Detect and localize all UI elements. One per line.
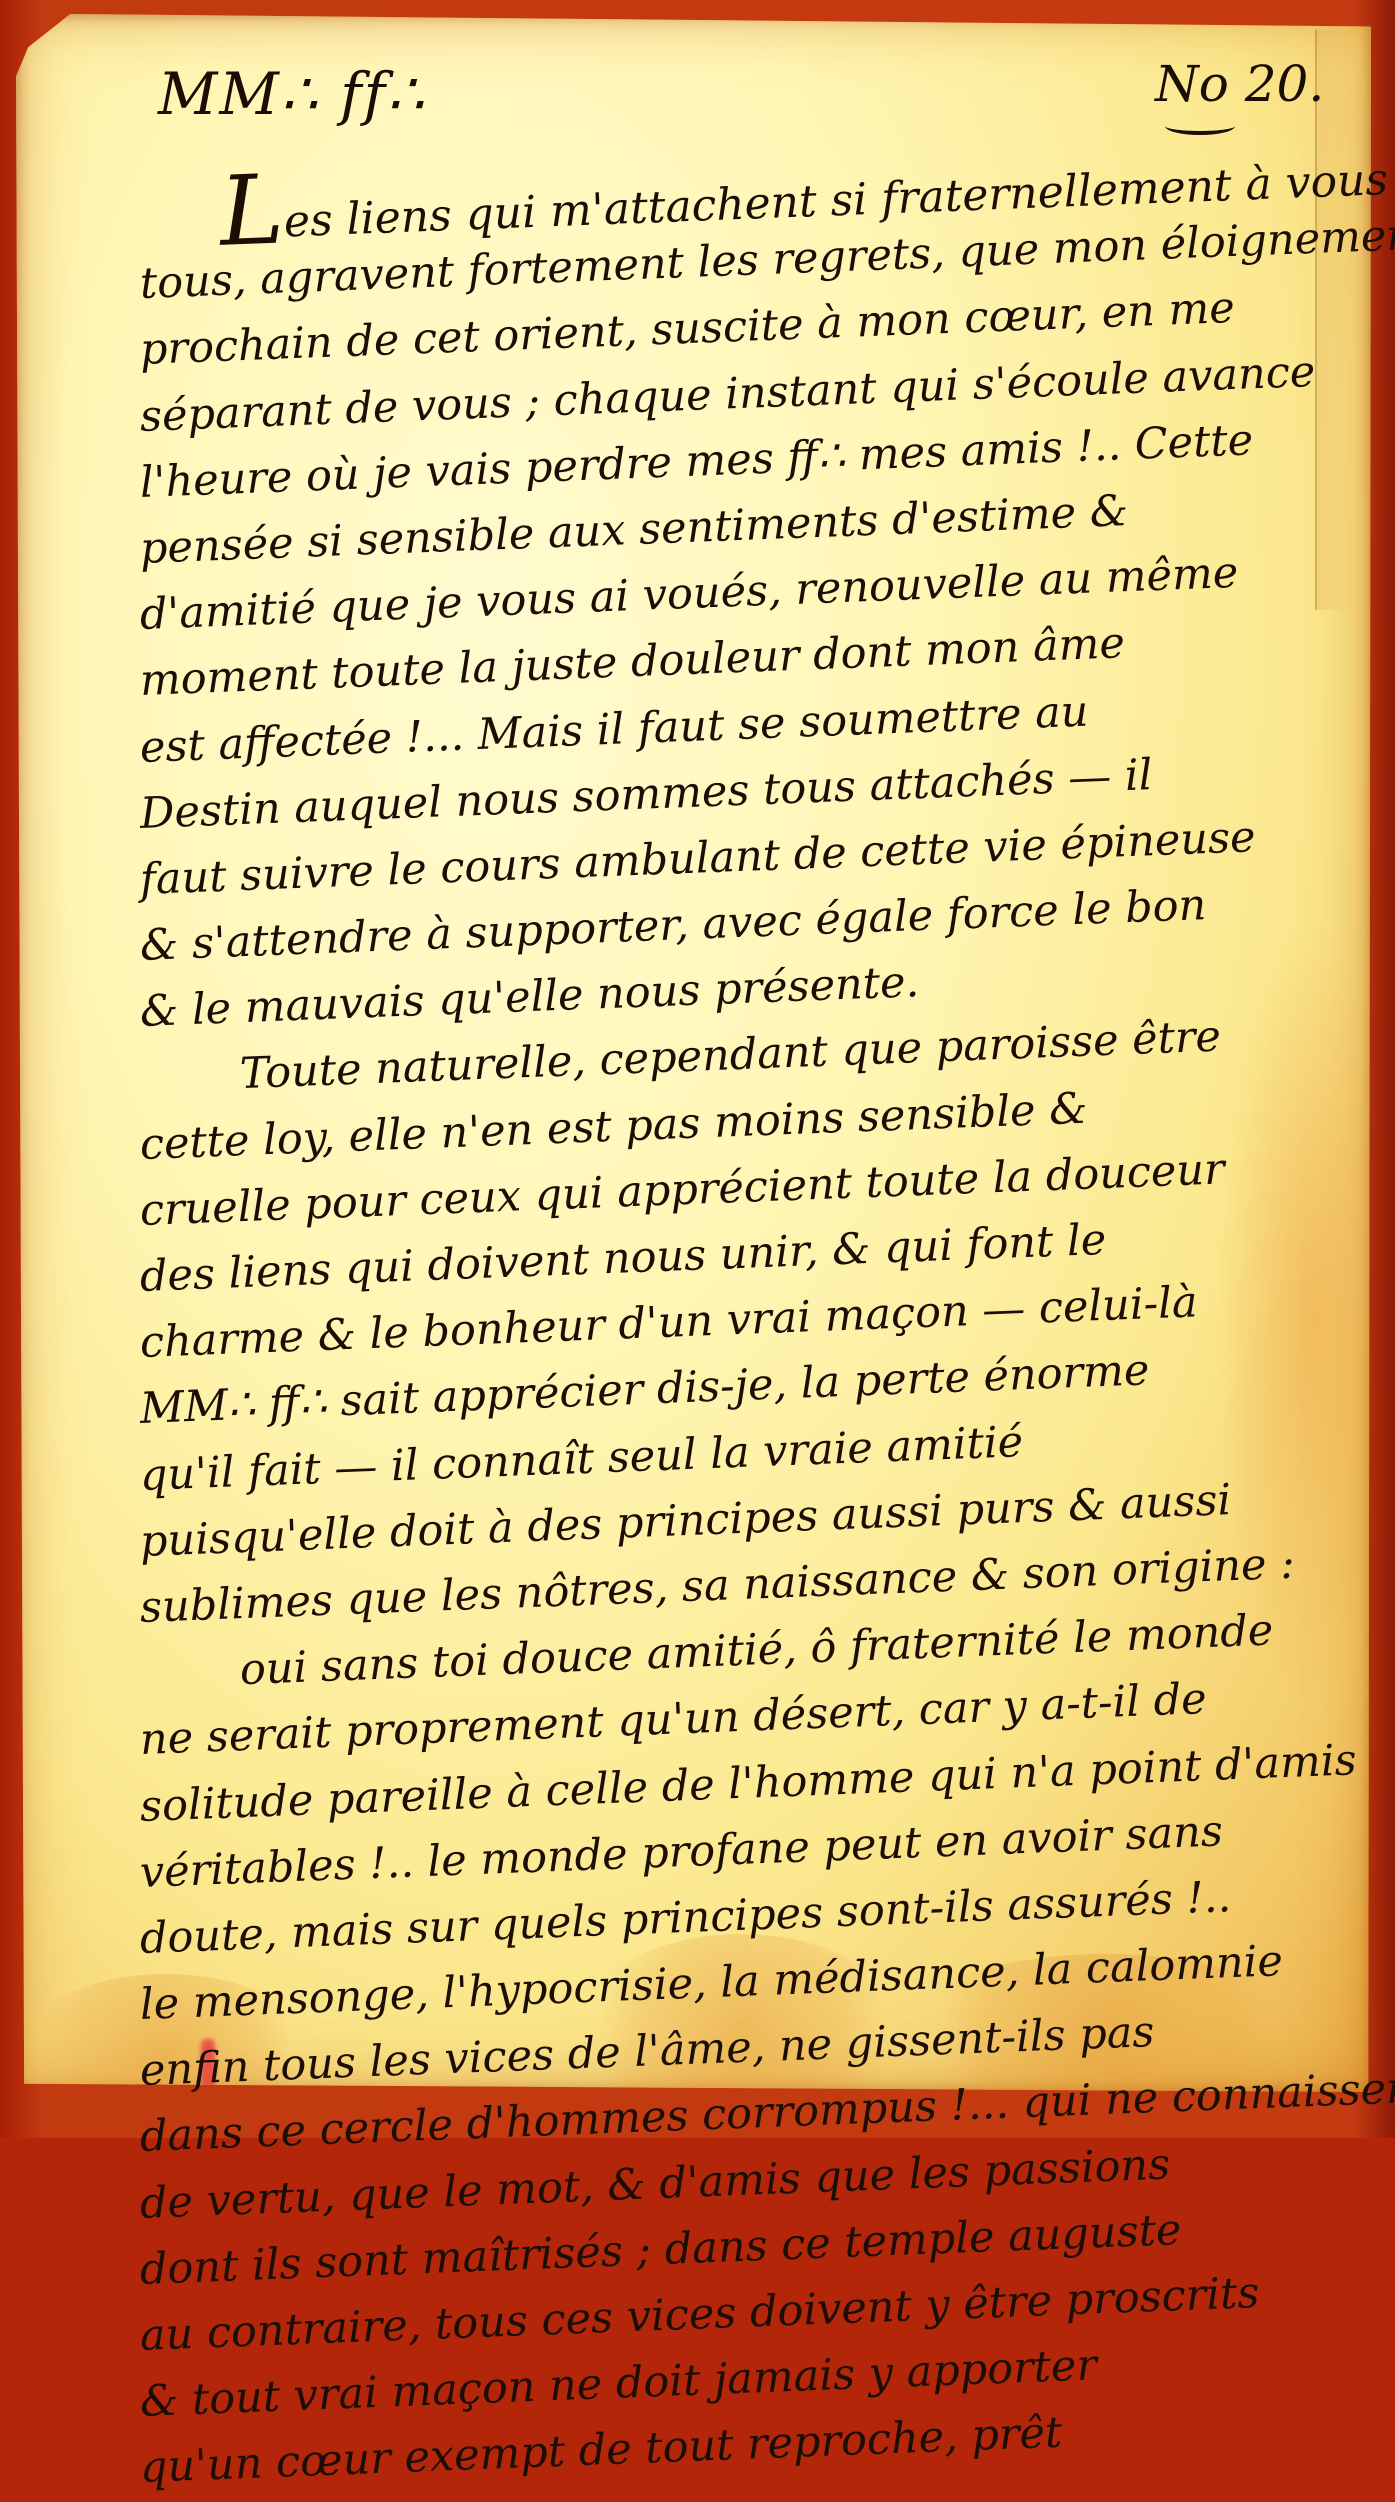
salutation: MM∴ ff∴ (158, 60, 426, 128)
letter-body: Les liens qui m'attachent si fraternelle… (140, 185, 1370, 2138)
letter-number: No 20. (1155, 55, 1324, 113)
